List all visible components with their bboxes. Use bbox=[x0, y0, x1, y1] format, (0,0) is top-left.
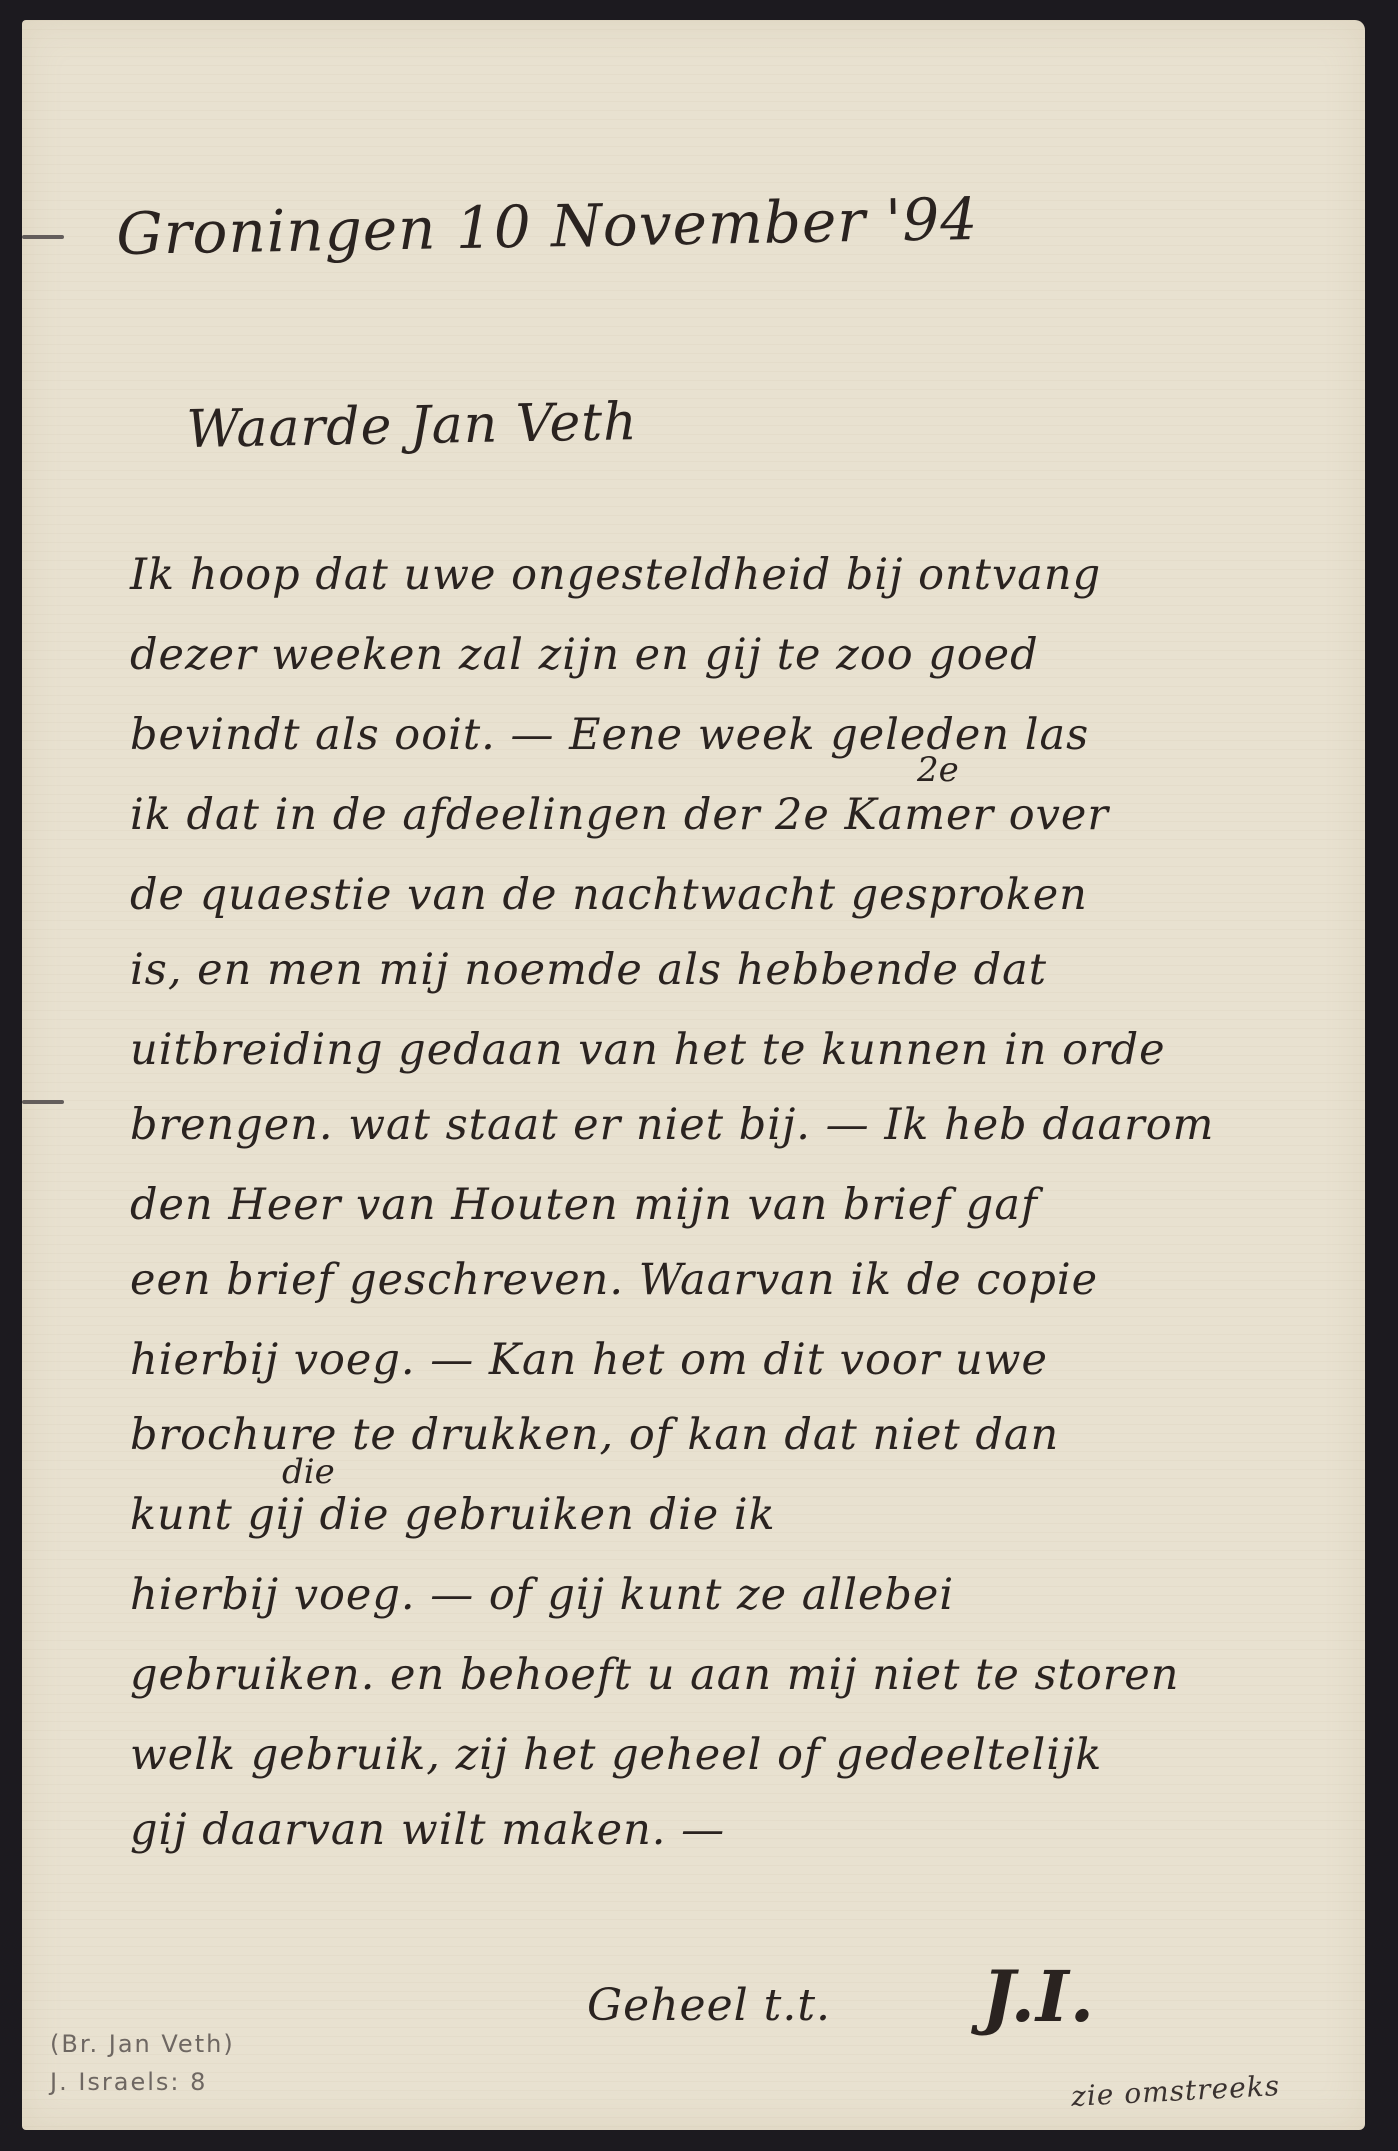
body-line-text: kunt gij die gebruiken die ik bbox=[130, 1490, 776, 1540]
body-line: brochure te drukken, of kan dat niet dan bbox=[130, 1410, 1059, 1460]
salutation: Waarde Jan Veth bbox=[186, 392, 638, 460]
body-line: uitbreiding gedaan van het te kunnen in … bbox=[130, 1025, 1166, 1075]
body-line: is, en men mij noemde als hebbende dat bbox=[130, 945, 1047, 995]
body-line: gebruiken. en behoeft u aan mij niet te … bbox=[130, 1650, 1179, 1700]
body-line: dezer weeken zal zijn en gij te zoo goed bbox=[130, 630, 1039, 680]
body-line: gij daarvan wilt maken. — bbox=[130, 1805, 725, 1855]
archive-note-line2: J. Israels: 8 bbox=[50, 2068, 207, 2096]
body-line: de quaestie van de nachtwacht gesproken bbox=[130, 870, 1088, 920]
superscript-2e: 2e bbox=[917, 750, 959, 790]
body-line: hierbij voeg. — of gij kunt ze allebei bbox=[130, 1570, 954, 1620]
body-line: een brief geschreven. Waarvan ik de copi… bbox=[130, 1255, 1098, 1305]
body-line: kunt gij die gebruiken die ik doorvolgen… bbox=[130, 1490, 776, 1540]
margin-mark bbox=[22, 1100, 64, 1104]
signature: J.I. bbox=[982, 1955, 1095, 2038]
letter-page: Groningen 10 November '94 Waarde Jan Vet… bbox=[22, 20, 1365, 2130]
signature-note: zie omstreeks bbox=[1070, 2069, 1281, 2113]
body-line: welk gebruik, zij het geheel of gedeelte… bbox=[130, 1730, 1102, 1780]
margin-mark bbox=[22, 235, 64, 239]
body-line: brengen. wat staat er niet bij. — Ik heb… bbox=[130, 1100, 1214, 1150]
body-line: den Heer van Houten mijn van brief gaf bbox=[130, 1180, 1038, 1230]
archive-note-line1: (Br. Jan Veth) bbox=[50, 2030, 235, 2058]
letter-heading: Groningen 10 November '94 bbox=[116, 185, 979, 268]
body-line: hierbij voeg. — Kan het om dit voor uwe bbox=[130, 1335, 1048, 1385]
closing: Geheel t.t. bbox=[587, 1980, 831, 2031]
body-line: ik dat in de afdeelingen der 2e Kamer ov… bbox=[130, 790, 1109, 840]
body-line: Ik hoop dat uwe ongesteldheid bij ontvan… bbox=[130, 550, 1101, 600]
